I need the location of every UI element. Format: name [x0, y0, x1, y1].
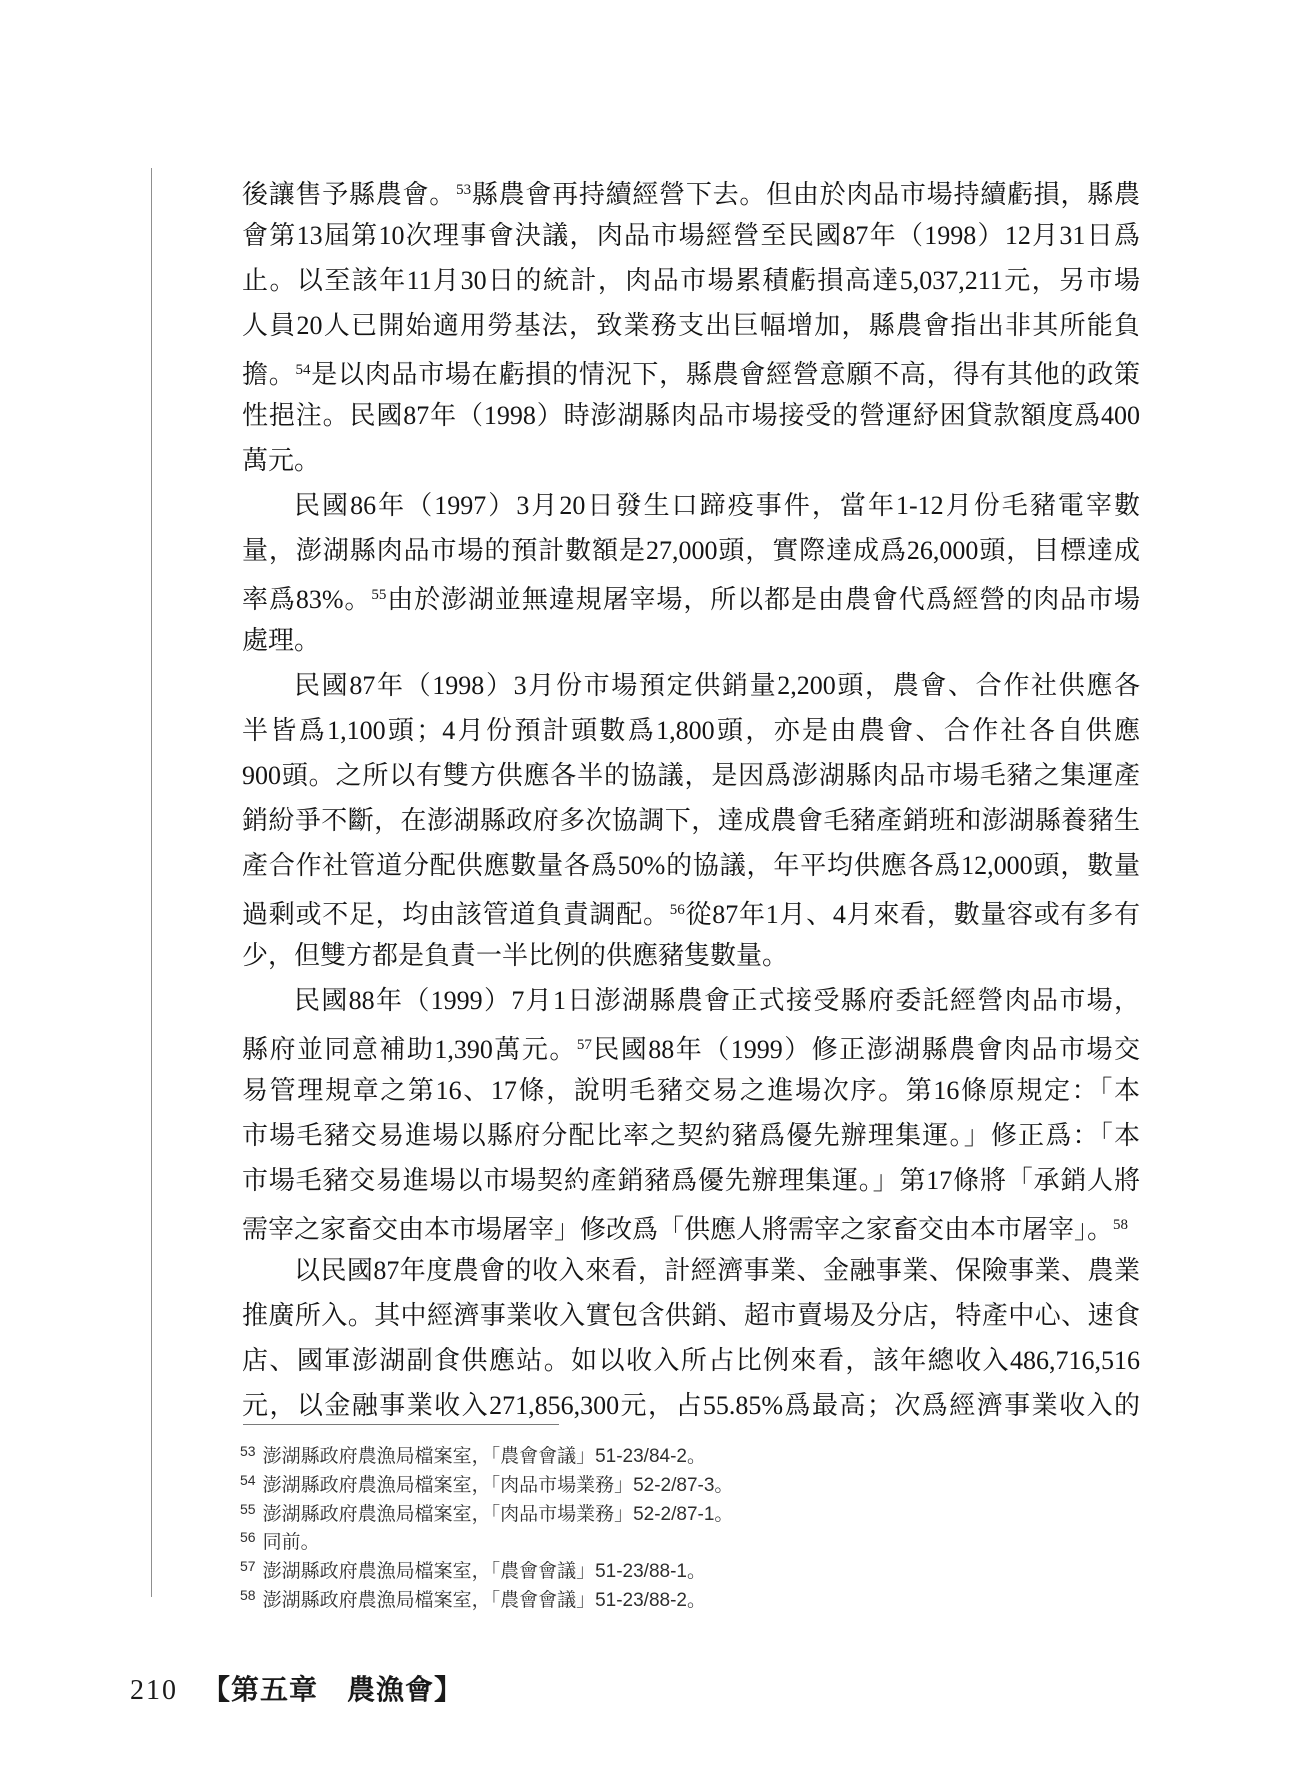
- footnote-number: 54: [240, 1472, 256, 1488]
- text-run: 易管理規章之第16、17條，說明毛豬交易之進場次序。第16條原規定：「本: [242, 1076, 1140, 1105]
- text-run: 量，澎湖縣肉品市場的預計數額是27,000頭，實際達成爲26,000頭，目標達成: [242, 536, 1140, 565]
- footnote-ref: 58: [1113, 1217, 1128, 1233]
- footnote-text: 澎湖縣政府農漁局檔案室，「肉品市場業務」52-2/87-1。: [263, 1504, 734, 1525]
- text-run: 市場毛豬交易進場以縣府分配比率之契約豬爲優先辦理集運。」修正爲：「本: [242, 1121, 1140, 1150]
- body-line: 率爲83%。55由於澎湖並無違規屠宰場，所以都是由農會代爲經營的肉品市場: [242, 573, 1140, 618]
- body-line: 後讓售予縣農會。53縣農會再持續經營下去。但由於肉品市場持續虧損，縣農: [242, 168, 1140, 213]
- text-run: 縣府並同意補助1,390萬元。: [242, 1035, 577, 1064]
- body-line: 性挹注。民國87年（1998）時澎湖縣肉品市場接受的營運紓困貸款額度爲400: [242, 393, 1140, 438]
- body-line: 民國88年（1999）7月1日澎湖縣農會正式接受縣府委託經營肉品市場，: [242, 978, 1140, 1023]
- body-line: 少，但雙方都是負責一半比例的供應豬隻數量。: [242, 933, 1140, 978]
- body-line: 銷紛爭不斷，在澎湖縣政府多次協調下，達成農會毛豬產銷班和澎湖縣養豬生: [242, 798, 1140, 843]
- text-run: 由於澎湖並無違規屠宰場，所以都是由農會代爲經營的肉品市場: [386, 585, 1140, 614]
- chapter-label: 【第五章 農漁會】: [202, 1675, 463, 1706]
- footnote-number: 56: [240, 1529, 256, 1545]
- footnote-number: 53: [240, 1443, 256, 1459]
- page-footer: 210【第五章 農漁會】: [130, 1668, 463, 1708]
- body-line: 元，以金融事業收入271,856,300元，占55.85%爲最高；次爲經濟事業收…: [242, 1383, 1140, 1428]
- text-run: 從87年1月、4月來看，數量容或有多有: [685, 900, 1140, 929]
- footnotes-list: 53澎湖縣政府農漁局檔案室，「農會會議」51-23/84-2。54澎湖縣政府農漁…: [240, 1437, 1100, 1610]
- body-line: 半皆爲1,100頭；4月份預計頭數爲1,800頭，亦是由農會、合作社各自供應: [242, 708, 1140, 753]
- text-run: 率爲83%。: [242, 585, 371, 614]
- footnote-ref: 56: [670, 902, 685, 918]
- text-run: 少，但雙方都是負責一半比例的供應豬隻數量。: [242, 941, 788, 970]
- footnote-ref: 53: [456, 182, 471, 198]
- text-run: 人員20人已開始適用勞基法，致業務支出巨幅增加，縣農會指出非其所能負: [242, 311, 1140, 340]
- text-run: 會第13屆第10次理事會決議，肉品市場經營至民國87年（1998）12月31日爲: [242, 221, 1140, 250]
- body-line: 需宰之家畜交由本市場屠宰」修改爲「供應人將需宰之家畜交由本市屠宰」。58: [242, 1203, 1140, 1248]
- body-line: 900頭。之所以有雙方供應各半的協議，是因爲澎湖縣肉品市場毛豬之集運產: [242, 753, 1140, 798]
- book-page: 後讓售予縣農會。53縣農會再持續經營下去。但由於肉品市場持續虧損，縣農會第13屆…: [0, 0, 1300, 1779]
- footnote-item: 53澎湖縣政府農漁局檔案室，「農會會議」51-23/84-2。: [240, 1437, 1100, 1466]
- body-line: 推廣所入。其中經濟事業收入實包含供銷、超市賣場及分店，特產中心、速食: [242, 1293, 1140, 1338]
- text-run: 900頭。之所以有雙方供應各半的協議，是因爲澎湖縣肉品市場毛豬之集運產: [242, 761, 1140, 790]
- text-run: 民國88年（1999）修正澎湖縣農會肉品市場交: [592, 1035, 1140, 1064]
- footnote-item: 58澎湖縣政府農漁局檔案室，「農會會議」51-23/88-2。: [240, 1581, 1100, 1610]
- footnote-text: 澎湖縣政府農漁局檔案室，「農會會議」51-23/84-2。: [263, 1446, 706, 1467]
- footnote-item: 57澎湖縣政府農漁局檔案室，「農會會議」51-23/88-1。: [240, 1552, 1100, 1581]
- text-run: 以民國87年度農會的收入來看，計經濟事業、金融事業、保險事業、農業: [294, 1256, 1140, 1285]
- footnote-ref: 55: [371, 587, 386, 603]
- body-line: 處理。: [242, 618, 1140, 663]
- body-line: 民國87年（1998）3月份市場預定供銷量2,200頭，農會、合作社供應各: [242, 663, 1140, 708]
- body-line: 產合作社管道分配供應數量各爲50%的協議，年平均供應各爲12,000頭，數量: [242, 843, 1140, 888]
- text-run: 縣農會再持續經營下去。但由於肉品市場持續虧損，縣農: [471, 180, 1140, 209]
- footnote-number: 58: [240, 1587, 256, 1603]
- body-line: 會第13屆第10次理事會決議，肉品市場經營至民國87年（1998）12月31日爲: [242, 213, 1140, 258]
- page-number: 210: [130, 1675, 178, 1706]
- text-run: 銷紛爭不斷，在澎湖縣政府多次協調下，達成農會毛豬產銷班和澎湖縣養豬生: [242, 806, 1140, 835]
- text-run: 民國87年（1998）3月份市場預定供銷量2,200頭，農會、合作社供應各: [294, 671, 1140, 700]
- text-run: 過剩或不足，均由該管道負責調配。: [242, 900, 670, 929]
- body-line: 市場毛豬交易進場以縣府分配比率之契約豬爲優先辦理集運。」修正爲：「本: [242, 1113, 1140, 1158]
- text-run: 半皆爲1,100頭；4月份預計頭數爲1,800頭，亦是由農會、合作社各自供應: [242, 716, 1140, 745]
- body-line: 止。以至該年11月30日的統計，肉品市場累積虧損高達5,037,211元，另市場: [242, 258, 1140, 303]
- body-line: 店、國軍澎湖副食供應站。如以收入所占比例來看，該年總收入486,716,516: [242, 1338, 1140, 1383]
- body-line: 縣府並同意補助1,390萬元。57民國88年（1999）修正澎湖縣農會肉品市場交: [242, 1023, 1140, 1068]
- text-run: 店、國軍澎湖副食供應站。如以收入所占比例來看，該年總收入486,716,516: [242, 1346, 1140, 1375]
- footnote-item: 56同前。: [240, 1523, 1100, 1552]
- body-line: 易管理規章之第16、17條，說明毛豬交易之進場次序。第16條原規定：「本: [242, 1068, 1140, 1113]
- body-line: 人員20人已開始適用勞基法，致業務支出巨幅增加，縣農會指出非其所能負: [242, 303, 1140, 348]
- text-run: 性挹注。民國87年（1998）時澎湖縣肉品市場接受的營運紓困貸款額度爲400: [242, 401, 1140, 430]
- left-margin-rule: [151, 168, 152, 1597]
- body-line: 以民國87年度農會的收入來看，計經濟事業、金融事業、保險事業、農業: [242, 1248, 1140, 1293]
- body-line: 萬元。: [242, 438, 1140, 483]
- footnote-text: 澎湖縣政府農漁局檔案室，「肉品市場業務」52-2/87-3。: [263, 1475, 734, 1496]
- footnote-text: 同前。: [263, 1532, 320, 1553]
- text-run: 市場毛豬交易進場以市場契約產銷豬爲優先辦理集運。」第17條將「承銷人將: [242, 1166, 1140, 1195]
- body-line: 擔。54是以肉品市場在虧損的情況下，縣農會經營意願不高，得有其他的政策: [242, 348, 1140, 393]
- text-run: 擔。: [242, 360, 296, 389]
- footnote-text: 澎湖縣政府農漁局檔案室，「農會會議」51-23/88-2。: [263, 1590, 706, 1611]
- text-run: 後讓售予縣農會。: [242, 180, 456, 209]
- body-line: 過剩或不足，均由該管道負責調配。56從87年1月、4月來看，數量容或有多有: [242, 888, 1140, 933]
- footnote-number: 57: [240, 1558, 256, 1574]
- text-run: 民國88年（1999）7月1日澎湖縣農會正式接受縣府委託經營肉品市場，: [294, 986, 1140, 1015]
- footnote-ref: 54: [296, 362, 311, 378]
- text-run: 元，以金融事業收入271,856,300元，占55.85%爲最高；次爲經濟事業收…: [242, 1391, 1140, 1420]
- text-run: 處理。: [242, 626, 320, 655]
- footnote-item: 54澎湖縣政府農漁局檔案室，「肉品市場業務」52-2/87-3。: [240, 1466, 1100, 1495]
- footnote-item: 55澎湖縣政府農漁局檔案室，「肉品市場業務」52-2/87-1。: [240, 1495, 1100, 1524]
- text-run: 萬元。: [242, 446, 320, 475]
- footnote-ref: 57: [577, 1037, 592, 1053]
- body-line: 民國86年（1997）3月20日發生口蹄疫事件，當年1-12月份毛豬電宰數: [242, 483, 1140, 528]
- text-run: 推廣所入。其中經濟事業收入實包含供銷、超市賣場及分店，特產中心、速食: [242, 1301, 1140, 1330]
- footnote-number: 55: [240, 1501, 256, 1517]
- text-run: 產合作社管道分配供應數量各爲50%的協議，年平均供應各爲12,000頭，數量: [242, 851, 1140, 880]
- text-run: 民國86年（1997）3月20日發生口蹄疫事件，當年1-12月份毛豬電宰數: [294, 491, 1140, 520]
- footnote-divider: [243, 1424, 559, 1425]
- body-line: 量，澎湖縣肉品市場的預計數額是27,000頭，實際達成爲26,000頭，目標達成: [242, 528, 1140, 573]
- body-text: 後讓售予縣農會。53縣農會再持續經營下去。但由於肉品市場持續虧損，縣農會第13屆…: [242, 168, 1140, 1428]
- text-run: 需宰之家畜交由本市場屠宰」修改爲「供應人將需宰之家畜交由本市屠宰」。: [242, 1215, 1113, 1244]
- footnote-text: 澎湖縣政府農漁局檔案室，「農會會議」51-23/88-1。: [263, 1561, 706, 1582]
- text-run: 是以肉品市場在虧損的情況下，縣農會經營意願不高，得有其他的政策: [311, 360, 1140, 389]
- text-run: 止。以至該年11月30日的統計，肉品市場累積虧損高達5,037,211元，另市場: [242, 266, 1140, 295]
- body-line: 市場毛豬交易進場以市場契約產銷豬爲優先辦理集運。」第17條將「承銷人將: [242, 1158, 1140, 1203]
